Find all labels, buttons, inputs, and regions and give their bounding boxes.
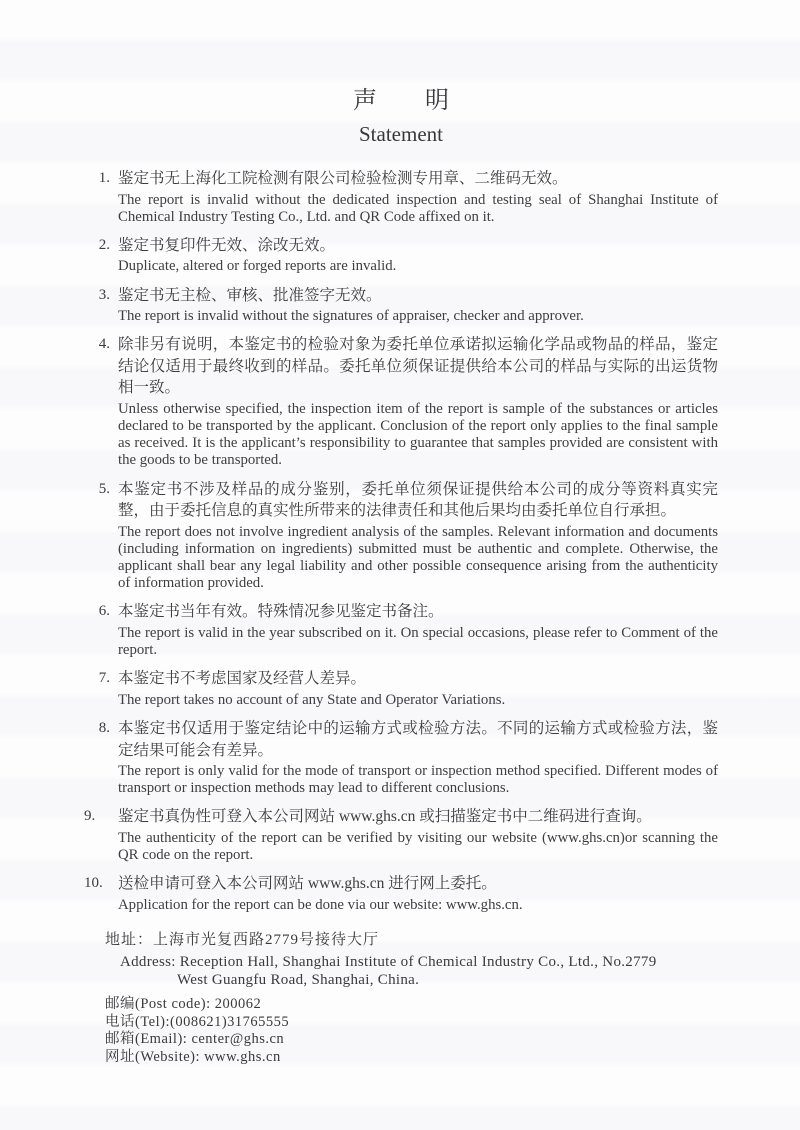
- statement-item-5: 5. 本鉴定书不涉及样品的成分鉴别，委托单位须保证提供给本公司的成分等资料真实完…: [84, 479, 718, 593]
- item-text-chinese: 本鉴定书当年有效。特殊情况参见鉴定书备注。: [118, 601, 718, 623]
- postcode-line: 邮编(Post code): 200062: [105, 996, 718, 1014]
- statement-list: 1. 鉴定书无上海化工院检测有限公司检验检测专用章、二维码无效。 The rep…: [84, 168, 718, 914]
- item-text-english: Application for the report can be done v…: [118, 897, 718, 914]
- item-number: 8.: [84, 718, 118, 797]
- item-text-chinese: 本鉴定书不考虑国家及经营人差异。: [118, 668, 718, 690]
- item-number: 1.: [84, 168, 118, 226]
- item-text-chinese: 鉴定书复印件无效、涂改无效。: [118, 235, 718, 257]
- email-line: 邮箱(Email): center@ghs.cn: [105, 1031, 718, 1049]
- statement-item-6: 6. 本鉴定书当年有效。特殊情况参见鉴定书备注。 The report is v…: [84, 601, 718, 659]
- item-text-english: Unless otherwise specified, the inspecti…: [118, 401, 718, 470]
- address-chinese: 地址：上海市光复西路2779号接待大厅: [105, 930, 718, 950]
- item-number: 3.: [84, 285, 118, 326]
- contact-lines: 邮编(Post code): 200062 电话(Tel):(008621)31…: [105, 996, 718, 1066]
- statement-item-10: 10. 送检申请可登入本公司网站 www.ghs.cn 进行网上委托。 Appl…: [84, 873, 718, 914]
- item-number: 5.: [84, 479, 118, 593]
- item-number: 7.: [84, 668, 118, 709]
- item-text-chinese: 鉴定书真伪性可登入本公司网站 www.ghs.cn 或扫描鉴定书中二维码进行查询…: [118, 806, 718, 828]
- address-english-line2: West Guangfu Road, Shanghai, China.: [105, 972, 718, 990]
- item-text-english: The report is only valid for the mode of…: [118, 763, 718, 797]
- item-text-english: The report is invalid without the signat…: [118, 308, 718, 325]
- page-title-chinese: 声 明: [84, 88, 718, 114]
- item-text-english: Duplicate, altered or forged reports are…: [118, 258, 718, 275]
- statement-item-2: 2. 鉴定书复印件无效、涂改无效。 Duplicate, altered or …: [84, 235, 718, 276]
- item-number: 10.: [84, 873, 118, 914]
- item-text-english: The report does not involve ingredient a…: [118, 524, 718, 593]
- statement-page: 声 明 Statement 1. 鉴定书无上海化工院检测有限公司检验检测专用章、…: [0, 0, 800, 1130]
- item-text-english: The report is invalid without the dedica…: [118, 192, 718, 226]
- statement-item-4: 4. 除非另有说明，本鉴定书的检验对象为委托单位承诺拟运输化学品或物品的样品，鉴…: [84, 334, 718, 469]
- page-title-english: Statement: [84, 122, 718, 146]
- item-number: 9.: [84, 806, 118, 864]
- statement-item-8: 8. 本鉴定书仅适用于鉴定结论中的运输方式或检验方法。不同的运输方式或检验方法，…: [84, 718, 718, 797]
- contact-info-block: 地址：上海市光复西路2779号接待大厅 Address: Reception H…: [84, 930, 718, 1066]
- statement-item-7: 7. 本鉴定书不考虑国家及经营人差异。 The report takes no …: [84, 668, 718, 709]
- item-text-english: The authenticity of the report can be ve…: [118, 830, 718, 864]
- item-text-chinese: 鉴定书无主检、审核、批准签字无效。: [118, 285, 718, 307]
- statement-item-3: 3. 鉴定书无主检、审核、批准签字无效。 The report is inval…: [84, 285, 718, 326]
- item-text-chinese: 鉴定书无上海化工院检测有限公司检验检测专用章、二维码无效。: [118, 168, 718, 190]
- item-number: 2.: [84, 235, 118, 276]
- item-number: 6.: [84, 601, 118, 659]
- item-text-chinese: 本鉴定书仅适用于鉴定结论中的运输方式或检验方法。不同的运输方式或检验方法，鉴定结…: [118, 718, 718, 761]
- item-text-chinese: 送检申请可登入本公司网站 www.ghs.cn 进行网上委托。: [118, 873, 718, 895]
- statement-item-1: 1. 鉴定书无上海化工院检测有限公司检验检测专用章、二维码无效。 The rep…: [84, 168, 718, 226]
- statement-item-9: 9. 鉴定书真伪性可登入本公司网站 www.ghs.cn 或扫描鉴定书中二维码进…: [84, 806, 718, 864]
- item-number: 4.: [84, 334, 118, 469]
- item-text-chinese: 本鉴定书不涉及样品的成分鉴别，委托单位须保证提供给本公司的成分等资料真实完整，由…: [118, 479, 718, 522]
- item-text-english: The report takes no account of any State…: [118, 692, 718, 709]
- telephone-line: 电话(Tel):(008621)31765555: [105, 1014, 718, 1032]
- item-text-chinese: 除非另有说明，本鉴定书的检验对象为委托单位承诺拟运输化学品或物品的样品，鉴定结论…: [118, 334, 718, 399]
- website-line: 网址(Website): www.ghs.cn: [105, 1049, 718, 1067]
- address-english-line1: Address: Reception Hall, Shanghai Instit…: [105, 954, 718, 972]
- item-text-english: The report is valid in the year subscrib…: [118, 625, 718, 659]
